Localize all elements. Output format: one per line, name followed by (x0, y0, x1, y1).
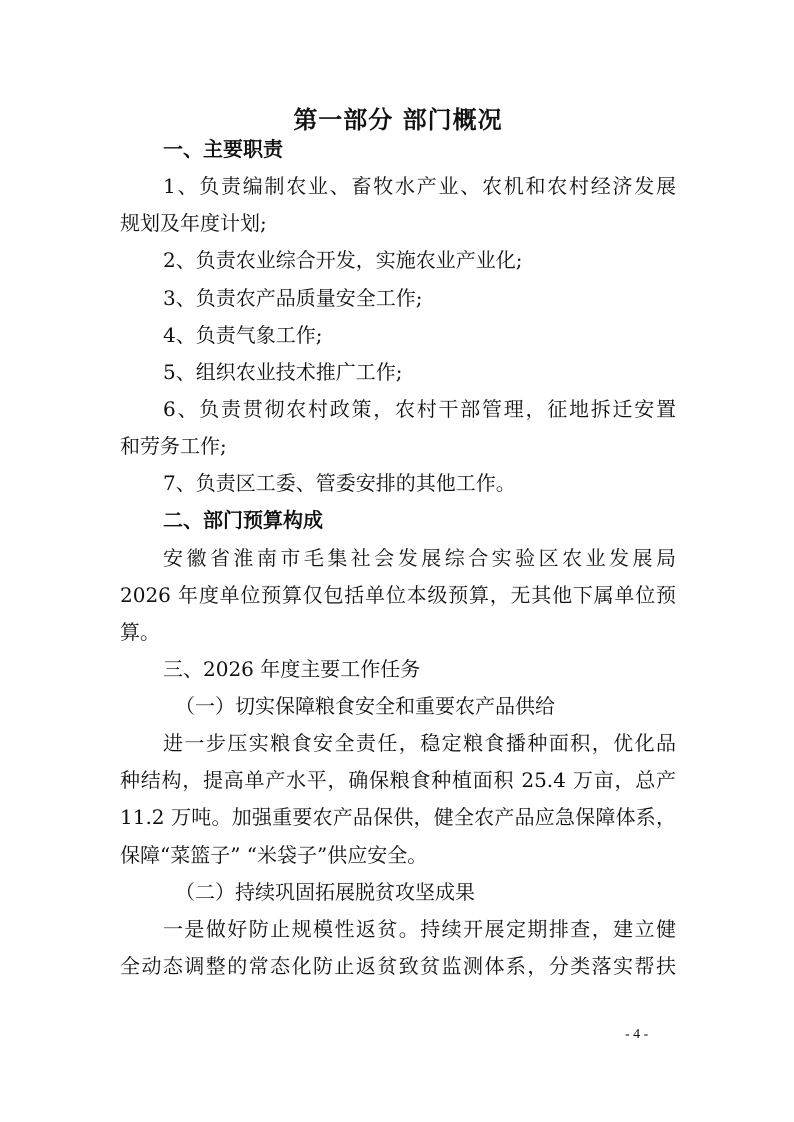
text-line: （一）切实保障粮食安全和重要农产品供给 (120, 693, 676, 719)
section-heading: 二、部门预算构成 (120, 507, 676, 533)
text-line: 3、负责农产品质量安全工作; (120, 285, 676, 311)
text-line: 11.2 万吨。加强重要农产品保供，健全农产品应急保障体系， (120, 804, 676, 830)
text-line: （二）持续巩固拓展脱贫攻坚成果 (120, 879, 676, 905)
text-line: 进一步压实粮食安全责任，稳定粮食播种面积，优化品 (120, 730, 676, 756)
text-line: 2026 年度单位预算仅包括单位本级预算，无其他下属单位预 (120, 582, 676, 608)
text-line: 保障“菜篮子” “米袋子”供应安全。 (120, 842, 676, 868)
text-line: 一是做好防止规模性返贫。持续开展定期排查，建立健 (120, 916, 676, 942)
section-heading: 一、主要职责 (120, 136, 676, 162)
text-line: 三、2026 年度主要工作任务 (120, 656, 676, 682)
text-line: 算。 (120, 619, 676, 645)
text-line: 7、负责区工委、管委安排的其他工作。 (120, 470, 676, 496)
text-line: 2、负责农业综合开发，实施农业产业化; (120, 247, 676, 273)
text-line: 全动态调整的常态化防止返贫致贫监测体系，分类落实帮扶 (120, 953, 676, 979)
text-line: 和劳务工作; (120, 433, 676, 459)
text-line: 4、负责气象工作; (120, 322, 676, 348)
page-number: - 4 - (625, 1027, 648, 1043)
text-line: 1、负责编制农业、畜牧水产业、农机和农村经济发展 (120, 173, 676, 199)
text-line: 规划及年度计划; (120, 210, 676, 236)
page-title: 第一部分 部门概况 (120, 100, 676, 135)
text-line: 5、组织农业技术推广工作; (120, 359, 676, 385)
text-line: 6、负责贯彻农村政策，农村干部管理，征地拆迁安置 (120, 396, 676, 422)
text-line: 种结构，提高单产水平，确保粮食种植面积 25.4 万亩，总产 (120, 767, 676, 793)
text-line: 安徽省淮南市毛集社会发展综合实验区农业发展局 (120, 545, 676, 571)
